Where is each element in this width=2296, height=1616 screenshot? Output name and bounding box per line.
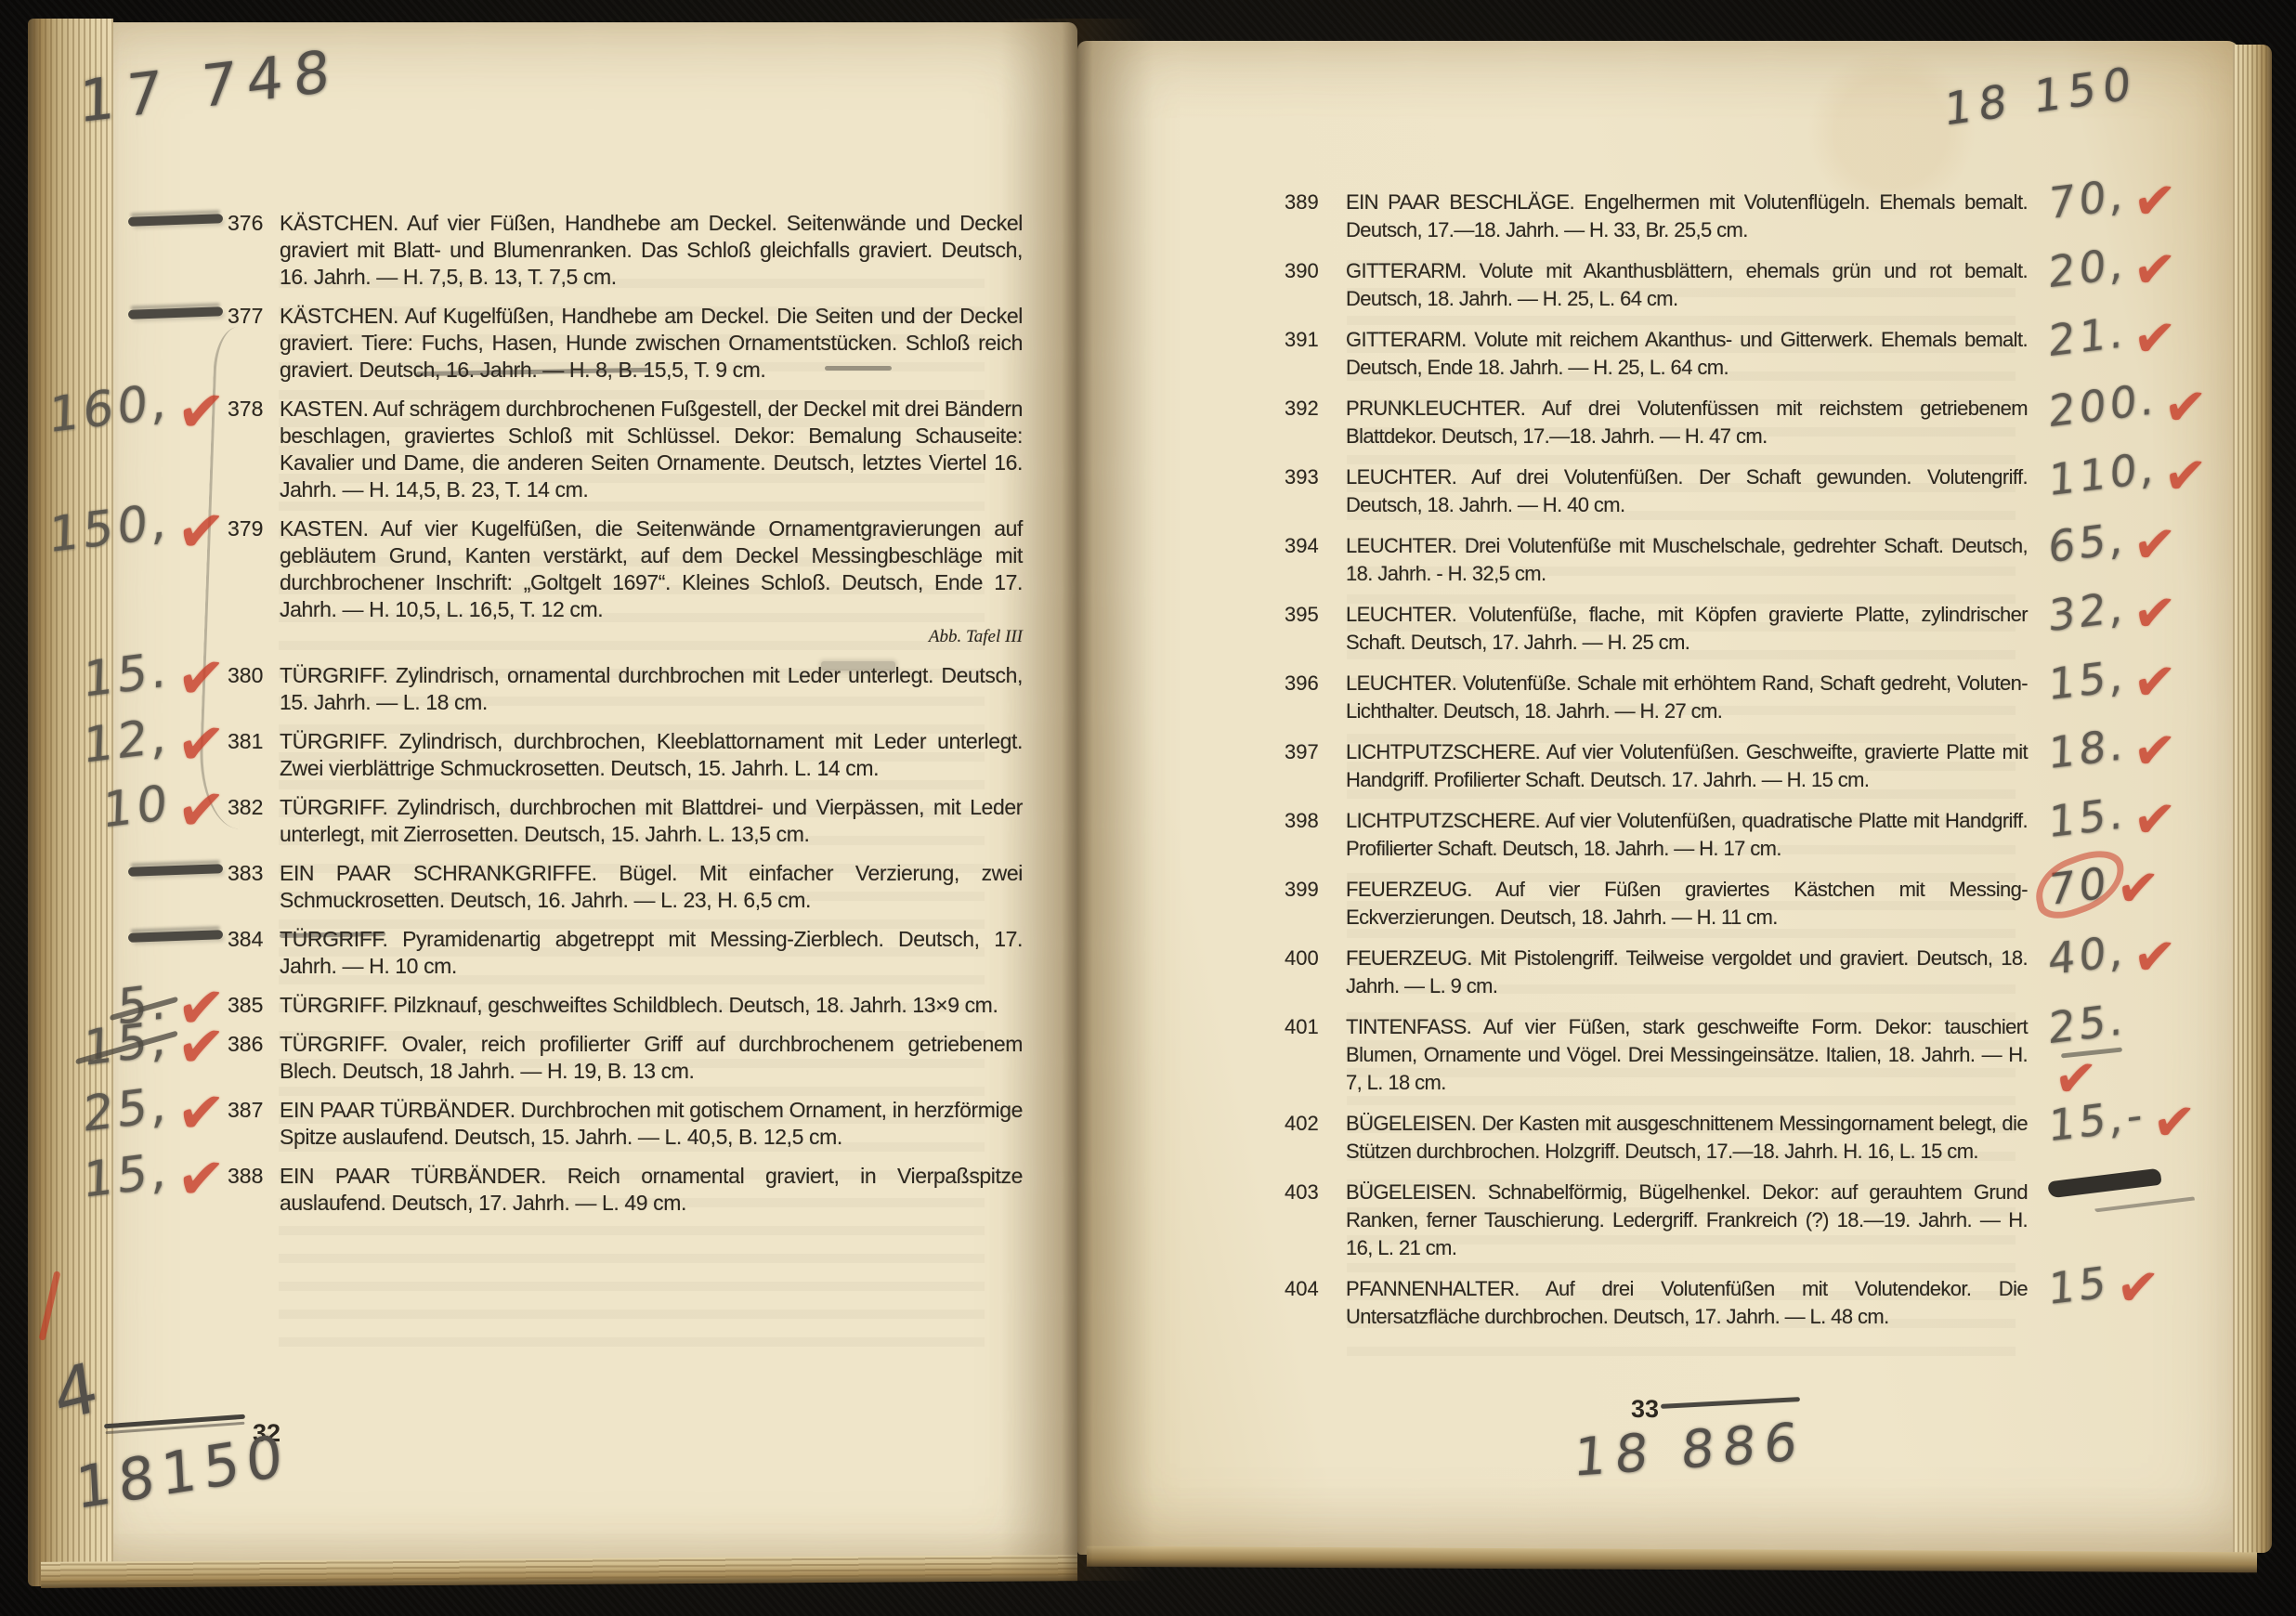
check-mark-icon: ✔ [2115,861,2160,917]
catalog-entry: 390GITTERARM. Volute mit Akanthusblätter… [1285,257,2028,313]
right-page-entries: 389EIN PAAR BESCHLÄGE. Engelhermen mit V… [1285,189,2028,1344]
handwritten-price: 15 [2047,1260,2110,1311]
lot-number: 386 [228,1031,263,1058]
sold-dash [128,864,223,877]
lot-number: 392 [1285,395,1319,423]
check-mark-icon: ✔ [175,500,226,562]
lot-description: KASTEN. Auf vier Kugelfüßen, die Seitenw… [280,516,1023,621]
lot-description: TÜRGRIFF. Pyramidenartig abgetreppt mit … [280,927,1023,978]
price-annotation: 12,✔ [83,717,223,771]
check-mark-icon: ✔ [2132,792,2177,848]
handwritten-price: 15, [2048,654,2128,707]
lot-number: 384 [228,926,263,953]
price-annotation: 15,✔ [83,1020,223,1074]
lot-description: KÄSTCHEN. Auf vier Füßen, Handhebe am De… [280,211,1023,289]
catalog-entry: 378KASTEN. Auf schrägem durchbrochenen F… [228,396,1023,503]
catalog-entry: 384TÜRGRIFF. Pyramidenartig abgetreppt m… [228,926,1023,980]
lot-number: 393 [1285,463,1319,491]
catalog-entry: 402BÜGELEISEN. Der Kasten mit ausgeschni… [1285,1110,2028,1166]
lot-description: BÜGELEISEN. Der Kasten mit ausgeschnitte… [1346,1112,2028,1163]
price-annotation: 15✔ [2048,1264,2158,1312]
lot-number: 387 [228,1097,263,1124]
lot-number: 400 [1285,945,1319,972]
check-mark-icon: ✔ [175,1081,226,1143]
lot-number: 396 [1285,670,1319,697]
price-annotation: 10✔ [102,783,223,837]
lot-number: 390 [1285,257,1319,285]
price-annotation: 15,-✔ [2048,1099,2194,1147]
lot-number: 381 [228,728,263,755]
catalog-entry: 391GITTERARM. Volute mit reichem Akanthu… [1285,326,2028,382]
handwritten-price: 12, [83,711,172,771]
dash-annotation [128,199,223,232]
lot-description: TÜRGRIFF. Zylindrisch, durchbrochen mit … [280,795,1023,846]
handwritten-price: 40, [2048,929,2128,982]
catalog-entry: 392PRUNKLEUCHTER. Auf drei Volutenfüssen… [1285,395,2028,450]
catalog-entry: 404PFANNENHALTER. Auf drei Volutenfüßen … [1285,1275,2028,1331]
lot-number: 382 [228,794,263,821]
crossed-out-smudge [2047,1168,2161,1199]
price-annotation: 200.✔ [2048,384,2205,432]
check-mark-icon: ✔ [175,712,226,775]
lot-number: 394 [1285,532,1319,560]
lot-description: PRUNKLEUCHTER. Auf drei Volutenfüssen mi… [1346,397,2028,448]
lot-number: 404 [1285,1275,1319,1303]
check-mark-icon: ✔ [2132,930,2177,985]
price-annotation: 40,✔ [2048,933,2174,982]
lot-description: LEUCHTER. Volutenfüße, flache, mit Köpfe… [1346,603,2028,654]
catalog-entry: 383EIN PAAR SCHRANKGRIFFE. Bügel. Mit ei… [228,860,1023,914]
catalog-entry: 380TÜRGRIFF. Zylindrisch, ornamental dur… [228,662,1023,716]
check-mark-icon: ✔ [2132,311,2177,367]
handwritten-price: 32, [2048,585,2128,638]
handwritten-total-bottom-right: 18 886 [1572,1416,1807,1485]
smudge-annotation [2048,1167,2161,1200]
lot-number: 401 [1285,1013,1319,1041]
lot-description: LEUCHTER. Auf drei Volutenfüßen. Der Sch… [1346,465,2028,516]
catalog-entry: 396LEUCHTER. Volutenfüße. Schale mit erh… [1285,670,2028,725]
handwritten-price: 110, [2048,446,2159,502]
lot-number: 378 [228,396,263,423]
price-annotation: 65,✔ [2048,521,2174,569]
catalog-entry: 379KASTEN. Auf vier Kugelfüßen, die Seit… [228,515,1023,650]
lot-description: KASTEN. Auf schrägem durchbrochenen Fußg… [280,397,1023,502]
catalog-entry: 403BÜGELEISEN. Schnabelförmig, Bügelhenk… [1285,1179,2028,1262]
auction-catalog-photo: 17 748 18 150 18150 18 886 4 376KÄSTCHEN… [0,0,2296,1616]
catalog-entry: 393LEUCHTER. Auf drei Volutenfüßen. Der … [1285,463,2028,519]
lot-description: TÜRGRIFF. Zylindrisch, ornamental durchb… [280,663,1023,714]
lot-description: TÜRGRIFF. Pilzknauf, geschweiftes Schild… [280,993,998,1017]
lot-number: 377 [228,303,263,330]
catalog-entry: 400FEUERZEUG. Mit Pistolengriff. Teilwei… [1285,945,2028,1000]
handwritten-price: 10 [101,778,171,836]
book-gutter-shadow [1001,19,1154,1581]
handwritten-price: 160, [48,377,172,441]
lot-number: 391 [1285,326,1319,354]
handwritten-price: 70 [2047,861,2110,912]
catalog-entry: 382TÜRGRIFF. Zylindrisch, durchbrochen m… [228,794,1023,848]
catalog-entry: 386TÜRGRIFF. Ovaler, reich profilierter … [228,1031,1023,1085]
check-mark-icon: ✔ [2132,586,2177,642]
price-annotation: 15.✔ [83,651,223,705]
lot-number: 389 [1285,189,1319,216]
catalog-entry: 401TINTENFASS. Auf vier Füßen, stark ges… [1285,1013,2028,1097]
lot-number: 395 [1285,601,1319,629]
check-mark-icon: ✔ [175,646,226,709]
lot-number: 379 [228,515,263,542]
catalog-entry: 399FEUERZEUG. Auf vier Füßen graviertes … [1285,876,2028,932]
price-annotation: 160,✔ [48,384,223,438]
check-mark-icon: ✔ [2132,517,2177,573]
price-annotation: 70,✔ [2048,177,2174,226]
handwritten-price: 21. [2048,310,2128,363]
price-annotation: 20,✔ [2048,246,2174,294]
lot-description: LEUCHTER. Drei Volutenfüße mit Muschelsc… [1346,534,2028,585]
handwritten-price: 15, [83,1146,172,1205]
check-mark-icon: ✔ [175,1015,226,1077]
page-edge-stack-left [28,19,113,1586]
price-annotation: 70✔ [2048,865,2158,913]
lot-number: 398 [1285,807,1319,835]
price-annotation: 15.✔ [2048,796,2174,844]
price-annotation: 21.✔ [2048,315,2174,363]
check-mark-icon: ✔ [2162,449,2208,504]
check-mark-icon: ✔ [2162,380,2208,436]
check-mark-icon: ✔ [2132,242,2177,298]
lot-number: 399 [1285,876,1319,904]
check-mark-icon: ✔ [2115,1260,2160,1316]
handwritten-price: 65, [2048,516,2128,569]
dash-annotation [128,292,223,325]
left-page-entries: 376KÄSTCHEN. Auf vier Füßen, Handhebe am… [228,210,1023,1229]
lot-number: 376 [228,210,263,237]
catalog-entry: 395LEUCHTER. Volutenfüße, flache, mit Kö… [1285,601,2028,657]
catalog-entry: 388EIN PAAR TÜRBÄNDER. Reich ornamental … [228,1163,1023,1217]
price-annotation: 25,✔ [83,1086,223,1140]
catalog-entry: 394LEUCHTER. Drei Volutenfüße mit Musche… [1285,532,2028,588]
price-annotation: 15,✔ [83,1152,223,1205]
sold-dash [128,930,223,943]
check-mark-icon: ✔ [2151,1095,2197,1151]
lot-description: KÄSTCHEN. Auf Kugelfüßen, Handhebe am De… [280,304,1023,382]
lot-description: EIN PAAR BESCHLÄGE. Engelhermen mit Volu… [1346,190,2028,241]
plate-reference: Abb. Tafel III [280,623,1023,650]
handwritten-price: 200. [2048,377,2159,434]
lot-description: GITTERARM. Volute mit reichem Akanthus- … [1346,328,2028,379]
check-mark-icon: ✔ [175,778,226,841]
check-mark-icon: ✔ [175,1147,226,1209]
lot-description: EIN PAAR TÜRBÄNDER. Durchbrochen mit got… [280,1098,1023,1149]
handwritten-price: 20, [2048,241,2128,294]
sold-dash [128,306,223,319]
lot-description: FEUERZEUG. Auf vier Füßen graviertes Käs… [1346,878,2028,929]
lot-number: 397 [1285,738,1319,766]
lot-number: 385 [228,992,263,1019]
price-annotation: 25.✔ [2048,1002,2127,1103]
check-mark-icon: ✔ [2132,174,2177,229]
check-mark-icon: ✔ [2132,723,2177,779]
price-annotation: 15,✔ [2048,658,2174,707]
price-annotation: 32,✔ [2048,590,2174,638]
lot-description: TINTENFASS. Auf vier Füßen, stark geschw… [1346,1015,2028,1094]
handwritten-price: 15. [83,645,172,705]
handwritten-price: 25, [83,1080,172,1140]
catalog-entry: 387EIN PAAR TÜRBÄNDER. Durchbrochen mit … [228,1097,1023,1151]
sold-dash [128,214,223,227]
catalog-entry: 385TÜRGRIFF. Pilzknauf, geschweiftes Sch… [228,992,1023,1019]
handwritten-price: 70, [2048,173,2128,226]
lot-description: TÜRGRIFF. Ovaler, reich profilierter Gri… [280,1032,1023,1083]
catalog-entry: 398LICHTPUTZSCHERE. Auf vier Volutenfüße… [1285,807,2028,863]
lot-description: LICHTPUTZSCHERE. Auf vier Volutenfüßen. … [1346,740,2028,791]
catalog-entry: 397LICHTPUTZSCHERE. Auf vier Volutenfüße… [1285,738,2028,794]
page-edge-stack-right [2233,45,2272,1553]
catalog-entry: 381TÜRGRIFF. Zylindrisch, durchbrochen, … [228,728,1023,782]
handwritten-price: 25. [2048,997,2128,1050]
catalog-entry: 376KÄSTCHEN. Auf vier Füßen, Handhebe am… [228,210,1023,291]
dash-annotation [128,915,223,948]
lot-description: FEUERZEUG. Mit Pistolengriff. Teilweise … [1346,946,2028,997]
catalog-entry: 389EIN PAAR BESCHLÄGE. Engelhermen mit V… [1285,189,2028,244]
lot-number: 383 [228,860,263,887]
handwritten-price: 18. [2048,723,2128,775]
lot-number: 388 [228,1163,263,1190]
handwritten-price: 15. [2048,791,2128,844]
page-number-right: 33 [1631,1395,1659,1424]
lot-description: EIN PAAR SCHRANKGRIFFE. Bügel. Mit einfa… [280,861,1023,912]
handwritten-price: 150, [48,497,172,561]
price-annotation: 150,✔ [48,504,223,558]
dash-annotation [128,849,223,882]
lot-description: LEUCHTER. Volutenfüße. Schale mit erhöht… [1346,671,2028,723]
lot-description: TÜRGRIFF. Zylindrisch, durchbrochen, Kle… [280,729,1023,780]
handwritten-price: 15, [83,1014,172,1074]
price-annotation: 18.✔ [2048,727,2174,775]
check-mark-icon: ✔ [175,380,226,442]
handwritten-price: 15,- [2048,1092,2147,1147]
catalog-entry: 377KÄSTCHEN. Auf Kugelfüßen, Handhebe am… [228,303,1023,384]
lot-number: 380 [228,662,263,689]
lot-description: PFANNENHALTER. Auf drei Volutenfüßen mit… [1346,1277,2028,1328]
lot-description: GITTERARM. Volute mit Akanthusblättern, … [1346,259,2028,310]
lot-number: 403 [1285,1179,1319,1206]
lot-number: 402 [1285,1110,1319,1138]
price-annotation: 110,✔ [2048,452,2205,501]
lot-description: BÜGELEISEN. Schnabelförmig, Bügelhenkel.… [1346,1180,2028,1259]
lot-description: LICHTPUTZSCHERE. Auf vier Volutenfüßen, … [1346,809,2028,860]
check-mark-icon: ✔ [2132,655,2177,710]
lot-description: EIN PAAR TÜRBÄNDER. Reich ornamental gra… [280,1164,1023,1215]
